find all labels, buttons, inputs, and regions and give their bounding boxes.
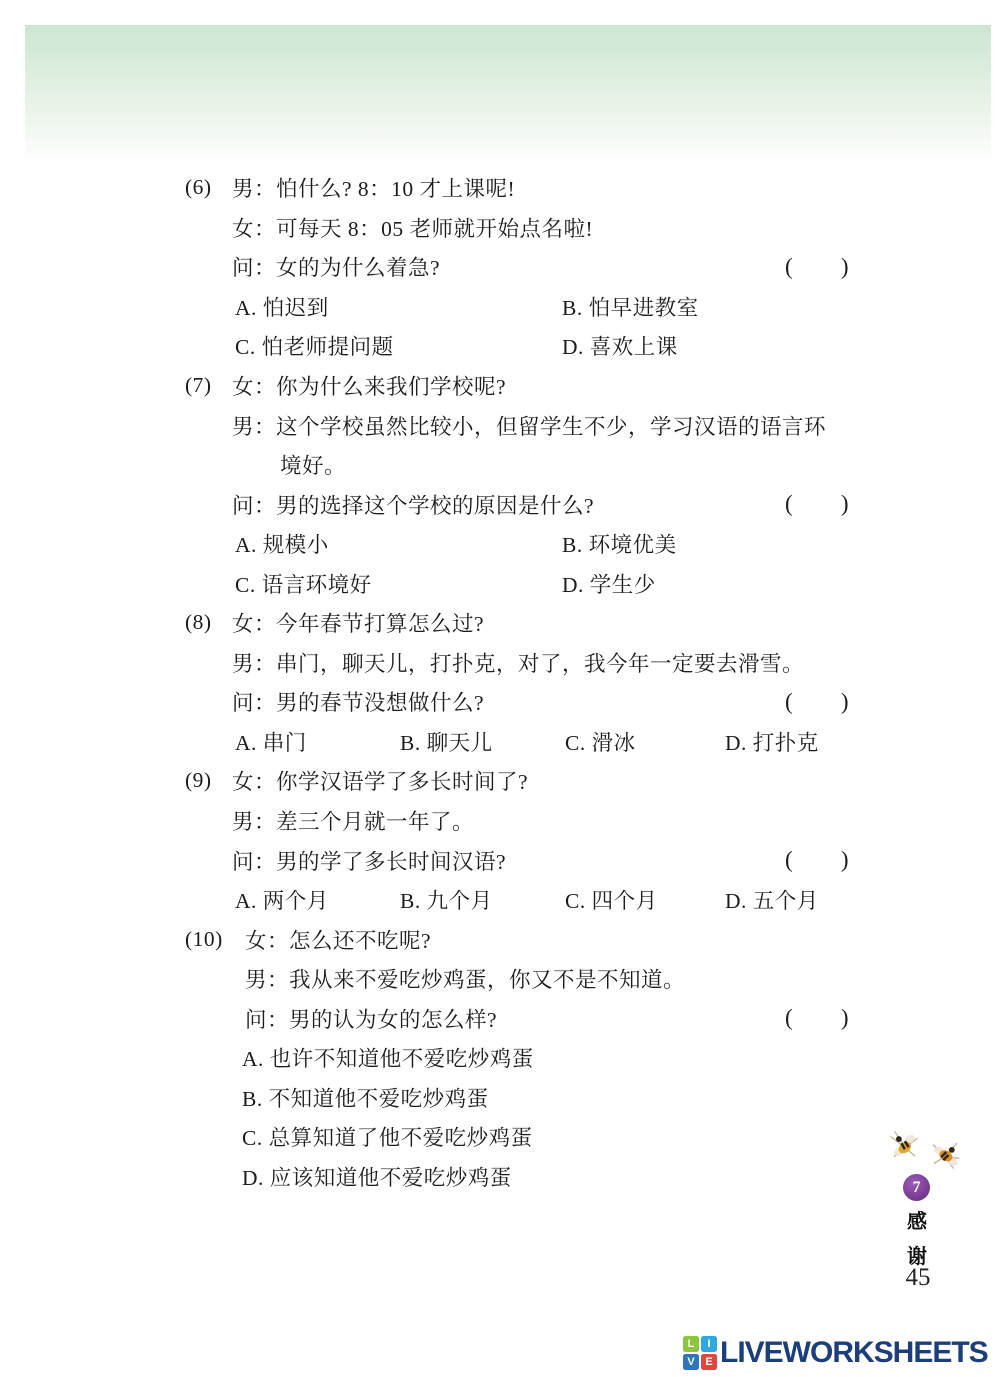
header-gradient-band (25, 25, 991, 163)
q7-dialogue-text-1: 女：你为什么来我们学校呢? (232, 370, 506, 401)
q9-options-row: A. 两个月 B. 九个月 C. 四个月 D. 五个月 (185, 880, 960, 920)
q8-dialogue-text-1: 女：今年春节打算怎么过? (232, 607, 484, 638)
q8-options-row: A. 串门 B. 聊天儿 C. 滑冰 D. 打扑克 (185, 722, 960, 762)
q9-dialogue-line-1: (9) 女：你学汉语学了多长时间了? (185, 761, 960, 801)
paren-open: ( (785, 1005, 793, 1031)
q6-option-d: D. 喜欢上课 (562, 330, 678, 361)
paren-close: ) (841, 254, 849, 280)
q10-dialogue-line-2: 男：我从来不爱吃炒鸡蛋，你又不是不知道。 (185, 959, 960, 999)
logo-tile-e: E (701, 1354, 717, 1370)
q9-dialogue-text-1: 女：你学汉语学了多长时间了? (232, 765, 528, 796)
q8-option-b: B. 聊天儿 (400, 726, 565, 757)
q8-prompt-line: 问：男的春节没想做什么? ( ) (185, 682, 960, 722)
q7-dialogue-line-2-cont: 境好。 (185, 445, 960, 485)
paren-close: ) (841, 1005, 849, 1031)
q9-prompt-line: 问：男的学了多长时间汉语? ( ) (185, 840, 960, 880)
q10-option-c: C. 总算知道了他不爱吃炒鸡蛋 (242, 1121, 533, 1152)
q10-prompt-line: 问：男的认为女的怎么样? ( ) (185, 998, 960, 1038)
q6-option-a: A. 怕迟到 (235, 291, 562, 322)
q7-dialogue-line-1: (7) 女：你为什么来我们学校呢? (185, 366, 960, 406)
q9-answer-bracket[interactable]: ( ) (785, 840, 849, 880)
q7-option-d: D. 学生少 (562, 568, 656, 599)
q9-option-d: D. 五个月 (725, 884, 819, 915)
q7-answer-bracket[interactable]: ( ) (785, 484, 849, 524)
q10-dialogue-text-1: 女：怎么还不吃呢? (245, 924, 431, 955)
q10-option-b: B. 不知道他不爱吃炒鸡蛋 (242, 1082, 489, 1113)
paren-open: ( (785, 689, 793, 715)
q7-number: (7) (185, 373, 232, 398)
q8-dialogue-line-1: (8) 女：今年春节打算怎么过? (185, 603, 960, 643)
q7-option-c: C. 语言环境好 (235, 568, 562, 599)
q6-answer-bracket[interactable]: ( ) (785, 247, 849, 287)
q8-prompt-text: 问：男的春节没想做什么? (232, 686, 484, 717)
bee-icon (927, 1138, 963, 1172)
paren-open: ( (785, 491, 793, 517)
paren-close: ) (841, 847, 849, 873)
q6-prompt-text: 问：女的为什么着急? (232, 251, 440, 282)
q8-option-d: D. 打扑克 (725, 726, 819, 757)
paren-open: ( (785, 847, 793, 873)
page-number: 45 (901, 1264, 935, 1292)
paren-close: ) (841, 689, 849, 715)
q10-option-row-c: C. 总算知道了他不爱吃炒鸡蛋 (185, 1117, 960, 1157)
q10-prompt-text: 问：男的认为女的怎么样? (245, 1003, 497, 1034)
q9-number: (9) (185, 768, 232, 793)
q6-number: (6) (185, 175, 232, 200)
q6-dialogue-line-2: 女：可每天 8：05 老师就开始点名啦! (185, 208, 960, 248)
q7-dialogue-text-2-cont: 境好。 (280, 449, 346, 480)
paren-open: ( (785, 254, 793, 280)
q9-option-a: A. 两个月 (235, 884, 400, 915)
q7-prompt-line: 问：男的选择这个学校的原因是什么? ( ) (185, 484, 960, 524)
q10-option-d: D. 应该知道他不爱吃炒鸡蛋 (242, 1161, 512, 1192)
q8-dialogue-text-2: 男：串门，聊天儿，打扑克，对了，我今年一定要去滑雪。 (232, 647, 804, 678)
q7-prompt-text: 问：男的选择这个学校的原因是什么? (232, 489, 594, 520)
q10-number: (10) (185, 927, 245, 952)
q10-dialogue-line-1: (10) 女：怎么还不吃呢? (185, 919, 960, 959)
q9-dialogue-text-2: 男：差三个月就一年了。 (232, 805, 474, 836)
q6-dialogue-line-1: (6) 男：怕什么? 8：10 才上课呢! (185, 168, 960, 208)
paren-close: ) (841, 491, 849, 517)
q9-prompt-text: 问：男的学了多长时间汉语? (232, 845, 506, 876)
q8-dialogue-line-2: 男：串门，聊天儿，打扑克，对了，我今年一定要去滑雪。 (185, 643, 960, 683)
q6-options-row-2: C. 怕老师提问题 D. 喜欢上课 (185, 326, 960, 366)
q10-option-row-b: B. 不知道他不爱吃炒鸡蛋 (185, 1078, 960, 1118)
q6-option-b: B. 怕早进教室 (562, 291, 699, 322)
q8-option-c: C. 滑冰 (565, 726, 725, 757)
q6-dialogue-text-2: 女：可每天 8：05 老师就开始点名啦! (232, 212, 593, 243)
worksheet-page: (6) 男：怕什么? 8：10 才上课呢! 女：可每天 8：05 老师就开始点名… (0, 0, 1000, 1377)
q7-options-row-1: A. 规模小 B. 环境优美 (185, 524, 960, 564)
questions-content: (6) 男：怕什么? 8：10 才上课呢! 女：可每天 8：05 老师就开始点名… (185, 168, 960, 1196)
unit-number-badge: 7 (903, 1174, 930, 1201)
q7-option-b: B. 环境优美 (562, 528, 677, 559)
q6-options-row-1: A. 怕迟到 B. 怕早进教室 (185, 287, 960, 327)
q8-option-a: A. 串门 (235, 726, 400, 757)
q7-options-row-2: C. 语言环境好 D. 学生少 (185, 563, 960, 603)
q7-option-a: A. 规模小 (235, 528, 562, 559)
q10-option-row-d: D. 应该知道他不爱吃炒鸡蛋 (185, 1157, 960, 1197)
q10-dialogue-text-2: 男：我从来不爱吃炒鸡蛋，你又不是不知道。 (245, 963, 685, 994)
q8-number: (8) (185, 610, 232, 635)
q7-dialogue-line-2: 男：这个学校虽然比较小，但留学生不少，学习汉语的语言环 (185, 405, 960, 445)
q6-prompt-line: 问：女的为什么着急? ( ) (185, 247, 960, 287)
q9-option-b: B. 九个月 (400, 884, 565, 915)
q10-answer-bracket[interactable]: ( ) (785, 998, 849, 1038)
q9-option-c: C. 四个月 (565, 884, 725, 915)
liveworksheets-wordmark: LIVEWORKSHEETS (720, 1336, 988, 1370)
q10-option-row-a: A. 也许不知道他不爱吃炒鸡蛋 (185, 1038, 960, 1078)
unit-title-char-1: 感 (905, 1205, 929, 1234)
logo-tile-i: I (701, 1336, 717, 1352)
logo-tile-v: V (683, 1354, 699, 1370)
q9-dialogue-line-2: 男：差三个月就一年了。 (185, 801, 960, 841)
logo-tile-l: L (683, 1336, 699, 1352)
q10-option-a: A. 也许不知道他不爱吃炒鸡蛋 (242, 1042, 534, 1073)
liveworksheets-logo-icon: L I V E (683, 1336, 717, 1370)
q7-dialogue-text-2: 男：这个学校虽然比较小，但留学生不少，学习汉语的语言环 (232, 410, 826, 441)
q6-option-c: C. 怕老师提问题 (235, 330, 562, 361)
liveworksheets-logo[interactable]: L I V E LIVEWORKSHEETS (683, 1334, 988, 1372)
q6-dialogue-text-1: 男：怕什么? 8：10 才上课呢! (232, 172, 515, 203)
q8-answer-bracket[interactable]: ( ) (785, 682, 849, 722)
bee-icon (886, 1128, 922, 1162)
